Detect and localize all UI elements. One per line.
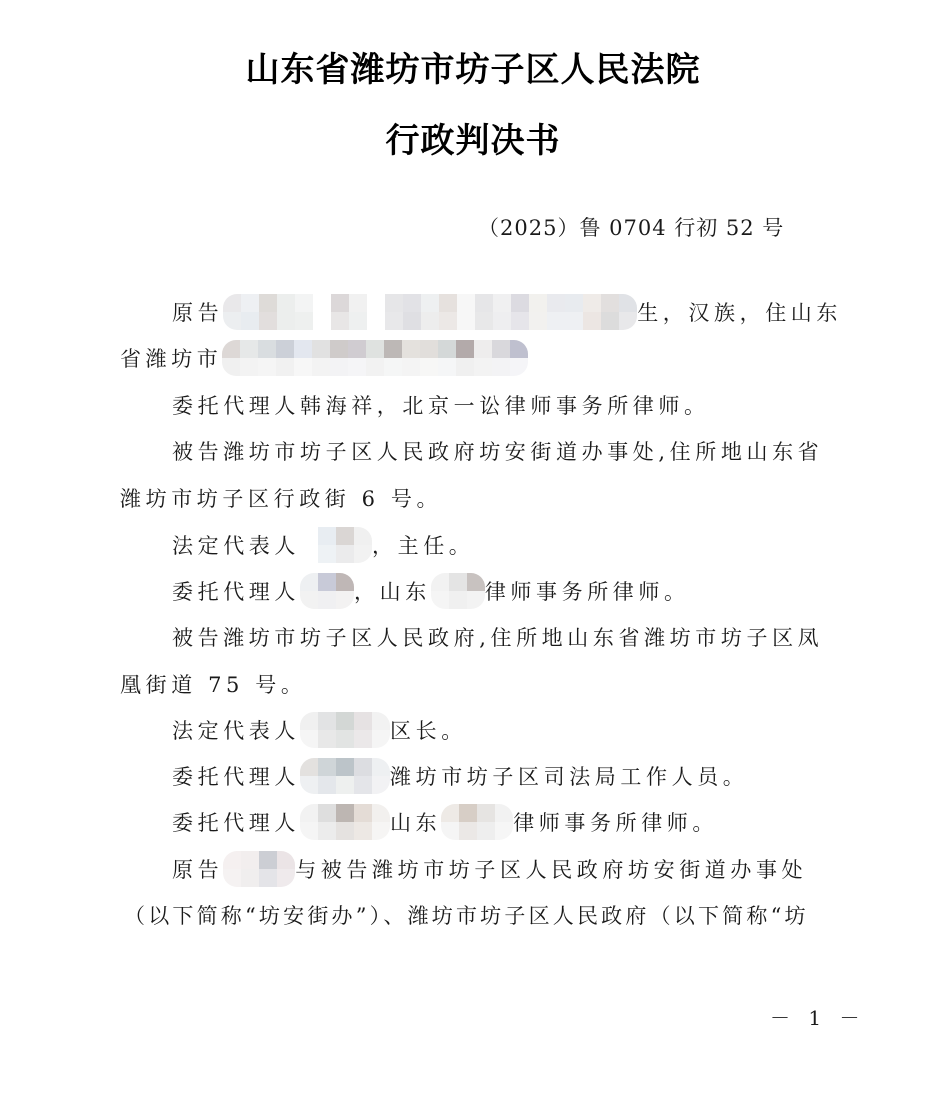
plaintiff-agent-line: 委托代理人韩海祥，北京一讼律师事务所律师。: [172, 391, 710, 421]
redacted-legal-rep-name-2: [300, 712, 390, 748]
law-firm-suffix: 律师事务所律师。: [485, 580, 690, 604]
redacted-law-firm-name: [431, 573, 485, 609]
law-firm-prefix: ，山东: [354, 580, 431, 604]
case-summary-line-1: 原告 与被告潍坊市坊子区人民政府坊安街道办事处: [172, 855, 807, 887]
legal-rep-label-2: 法定代表人: [172, 719, 300, 743]
agent-label-2a: 委托代理人: [172, 765, 300, 789]
defendant-2-agent-1-line: 委托代理人 潍坊市坊子区司法局工作人员。: [172, 762, 748, 794]
plaintiff-line-1: 原告 生，汉族，住山东: [172, 298, 842, 330]
agent-label: 委托代理人: [172, 580, 300, 604]
document-page: 山东省潍坊市坊子区人民法院 行政判决书 （2025）鲁 0704 行初 52 号…: [0, 0, 930, 1096]
defendant-1-line-2: 潍坊市坊子区行政街 6 号。: [120, 484, 442, 514]
plaintiff-label: 原告: [172, 301, 223, 325]
defendant-1-legal-rep-line: 法定代表人 ，主任。: [172, 531, 474, 563]
court-name-heading: 山东省潍坊市坊子区人民法院: [8, 42, 930, 91]
redacted-plaintiff-info: [223, 294, 637, 330]
plaintiff-details: 生，汉族，住山东: [637, 301, 842, 325]
document-type-heading: 行政判决书: [8, 113, 930, 162]
defendant-2-line-1: 被告潍坊市坊子区人民政府,住所地山东省潍坊市坊子区凤: [172, 623, 823, 653]
legal-rep-label: 法定代表人: [172, 534, 300, 558]
agent-label-2b: 委托代理人: [172, 811, 300, 835]
agent-affiliation-2a: 潍坊市坊子区司法局工作人员。: [390, 765, 748, 789]
plaintiff-address-label: 省潍坊市: [120, 347, 222, 371]
redacted-plaintiff-name: [223, 851, 295, 887]
redacted-agent-name: [300, 573, 354, 609]
legal-rep-title: ，主任。: [372, 534, 474, 558]
redacted-law-firm-name-2b: [441, 804, 513, 840]
legal-rep-title-2: 区长。: [390, 719, 467, 743]
law-firm-suffix-2b: 律师事务所律师。: [513, 811, 718, 835]
page-number: － 1 －: [770, 1002, 865, 1031]
redacted-agent-name-2a: [300, 758, 390, 794]
law-firm-prefix-2b: 山东: [390, 811, 441, 835]
redacted-plaintiff-address: [222, 340, 528, 376]
defendant-1-line-1: 被告潍坊市坊子区人民政府坊安街道办事处,住所地山东省: [172, 437, 823, 467]
redacted-legal-rep-name: [300, 527, 372, 563]
defendant-2-line-2: 凰街道 75 号。: [120, 670, 306, 700]
case-number: （2025）鲁 0704 行初 52 号: [478, 212, 784, 242]
plaintiff-line-2: 省潍坊市: [120, 344, 528, 376]
case-summary-text-1: 与被告潍坊市坊子区人民政府坊安街道办事处: [295, 858, 807, 882]
defendant-2-legal-rep-line: 法定代表人 区长。: [172, 716, 467, 748]
plaintiff-label-2: 原告: [172, 858, 223, 882]
defendant-2-agent-2-line: 委托代理人 山东 律师事务所律师。: [172, 808, 718, 840]
redacted-agent-name-2b: [300, 804, 390, 840]
case-summary-line-2: （以下简称“坊安街办”）、潍坊市坊子区人民政府（以下简称“坊: [124, 901, 809, 931]
defendant-1-agent-line: 委托代理人 ，山东 律师事务所律师。: [172, 577, 690, 609]
